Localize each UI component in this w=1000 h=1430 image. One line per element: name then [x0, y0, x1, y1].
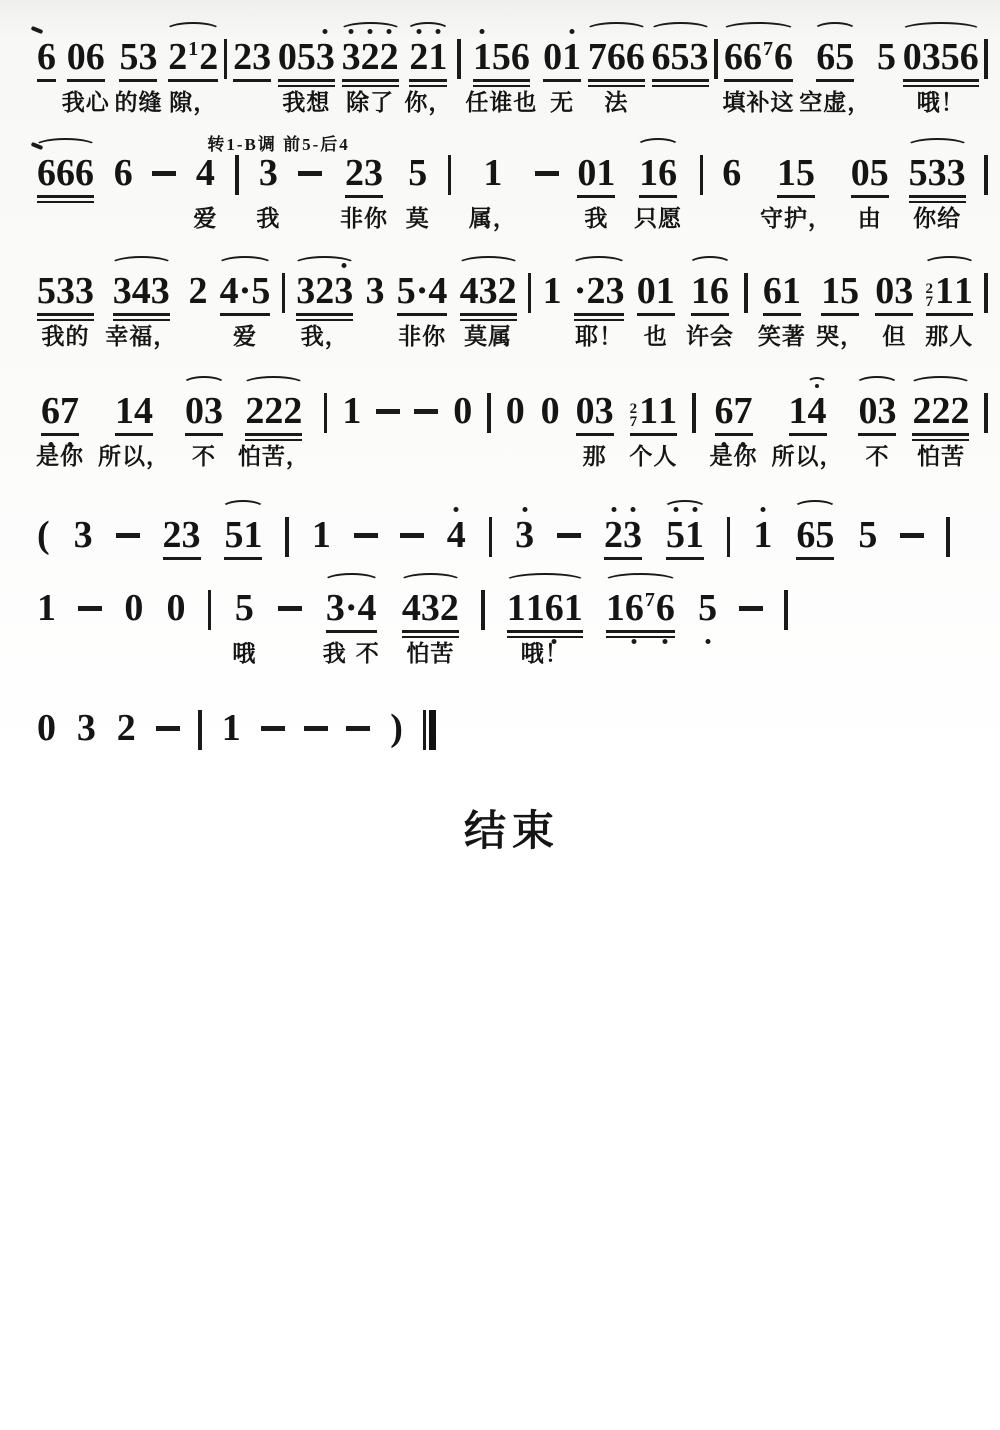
note-digit: 1	[564, 589, 583, 627]
note-numbers: 3	[73, 516, 94, 554]
note-digit: 3	[182, 516, 201, 554]
note-digit: 5	[492, 38, 511, 76]
note-group: 4·5爱	[219, 272, 272, 350]
note-digit: 0	[576, 392, 595, 430]
note-group: 6676填补这	[723, 38, 795, 116]
note-group: 01也	[636, 272, 676, 350]
note-digit: 3	[296, 272, 315, 310]
note-digit: 1	[507, 589, 526, 627]
duration-dash	[298, 171, 322, 176]
note-numbers: 03	[874, 272, 914, 310]
lyric-text: 你给	[913, 206, 961, 232]
note-group: 2711那人	[925, 272, 975, 350]
note-digit: 6	[86, 38, 105, 76]
note-digit: 4	[220, 272, 239, 310]
lyric-text: 非你	[398, 324, 446, 350]
note-digit: 2	[912, 392, 931, 430]
music-system-6: 1005哦3·4我 不432怕苦1161哦！16765	[36, 565, 788, 667]
note-digit: 6	[710, 272, 729, 310]
note-digit: 6	[56, 154, 75, 192]
lyric-text: 你，	[404, 90, 452, 116]
note-group: 3	[365, 272, 386, 350]
note-group: 343幸福，	[105, 272, 177, 350]
note-numbers: 1	[542, 272, 563, 310]
note-group: 432怕苦	[401, 589, 460, 667]
note-group: 0	[166, 589, 187, 667]
note-numbers: 222	[244, 392, 303, 430]
note-numbers: 1	[36, 589, 57, 627]
note-group: 653	[651, 38, 710, 116]
lyric-text: 爱	[193, 206, 217, 232]
barline	[984, 155, 988, 195]
note-group: 23非你	[340, 154, 388, 232]
barline	[984, 273, 988, 313]
note-numbers: 23	[603, 516, 643, 554]
note-numbers: 0	[123, 589, 144, 627]
note-numbers: 1	[311, 516, 332, 554]
note-group: 222怕苦，	[238, 392, 310, 470]
note-group: )	[389, 709, 404, 747]
lyric-text: 许会	[686, 324, 734, 350]
note-digit: 3	[77, 709, 96, 747]
duration-dash	[900, 533, 924, 538]
lyric-text: 个人	[629, 444, 677, 470]
note-digit: 3	[138, 38, 157, 76]
note-digit: 5	[877, 38, 896, 76]
barline	[489, 517, 493, 557]
lyric-text: 守护，	[760, 206, 832, 232]
note-numbers: 156	[472, 38, 531, 76]
duration-dash	[116, 533, 140, 538]
dash-note	[376, 392, 400, 454]
note-group: 4爱	[193, 154, 217, 232]
note-group: 1	[341, 392, 362, 470]
lyric-text: 笑著	[758, 324, 806, 350]
barline	[285, 517, 289, 557]
note-numbers: 61	[762, 272, 802, 310]
note-group: 21你，	[404, 38, 452, 116]
note-group: 16许会	[686, 272, 734, 350]
music-system-4: 67是你14所以，03不222怕苦，100003那2711个人67是你14所以，…	[36, 368, 988, 470]
note-digit: 5	[666, 516, 685, 554]
note-digit: (	[37, 516, 50, 554]
note-group: 03不	[857, 392, 897, 470]
note-digit: ·	[239, 272, 252, 310]
lyric-text: 我 不	[323, 641, 380, 667]
score-area: 606我心53的缝212隙，23053我想322除了21你，156任谁也01无7…	[36, 14, 988, 750]
note-digit: 2	[163, 516, 182, 554]
note-digit: 6	[114, 154, 133, 192]
lyric-text: 也	[644, 324, 668, 350]
note-numbers: 51	[223, 516, 263, 554]
lyric-text: 我	[256, 206, 280, 232]
note-digit: 6	[763, 272, 782, 310]
lyric-text: 但	[882, 324, 906, 350]
note-digit: 2	[283, 392, 302, 430]
barline	[481, 590, 485, 630]
note-group: 23	[162, 516, 202, 554]
note-numbers: 16	[690, 272, 730, 310]
note-digit: 3	[113, 272, 132, 310]
note-numbers: 533	[908, 154, 967, 192]
note-group: 03那	[575, 392, 615, 470]
lyric-text: 哦	[232, 641, 256, 667]
note-group: 666	[36, 154, 95, 232]
note-digit: 6	[626, 38, 645, 76]
note-digit: 5	[796, 154, 815, 192]
dash-note	[298, 154, 322, 216]
note-digit: 3	[316, 38, 335, 76]
note-digit: 3	[479, 272, 498, 310]
note-numbers: 0	[452, 392, 473, 430]
lyric-text: 的缝	[114, 90, 162, 116]
note-group: 03但	[874, 272, 914, 350]
note-numbers: 05	[850, 154, 890, 192]
note-digit: 4	[358, 589, 377, 627]
note-digit: 6	[511, 38, 530, 76]
duration-dash	[414, 409, 438, 414]
note-digit: 6	[652, 38, 671, 76]
note-group: 1	[542, 272, 563, 350]
note-group: 51	[223, 516, 263, 554]
note-numbers: 03	[184, 392, 224, 430]
note-group: 05由	[850, 154, 890, 232]
note-digit: 0	[185, 392, 204, 430]
note-digit: 6	[774, 38, 793, 76]
note-numbers: 06	[66, 38, 106, 76]
note-group: 053我想	[277, 38, 336, 116]
note-digit: 1	[526, 589, 545, 627]
note-digit: 3	[334, 272, 353, 310]
music-system-1: 606我心53的缝212隙，23053我想322除了21你，156任谁也01无7…	[36, 14, 988, 116]
note-digit: 2	[264, 392, 283, 430]
note-digit: 3	[366, 272, 385, 310]
note-group: 5	[876, 38, 897, 116]
note-digit: 3	[928, 154, 947, 192]
lyric-text: 莫属	[464, 324, 512, 350]
note-group: 6	[721, 154, 742, 232]
note-group: 65空虚，	[799, 38, 871, 116]
note-digit: 5	[815, 516, 834, 554]
note-digit: 1	[821, 272, 840, 310]
note-digit: 2	[409, 38, 428, 76]
lyric-text: 我想	[282, 90, 330, 116]
note-digit: 3	[75, 272, 94, 310]
note-digit: 3	[690, 38, 709, 76]
music-system-7: 0321)	[36, 685, 436, 750]
lyric-text: 哦！	[917, 90, 965, 116]
lyric-text: 隙，	[169, 90, 217, 116]
note-group: 0	[36, 709, 57, 747]
duration-dash	[557, 533, 581, 538]
note-digit: 0	[637, 272, 656, 310]
note-digit: 0	[506, 392, 525, 430]
lyric-text: 由	[858, 206, 882, 232]
barline	[448, 155, 452, 195]
note-digit: 5	[235, 589, 254, 627]
note-digit: 0	[124, 589, 143, 627]
note-group: 65	[795, 516, 835, 554]
end-label: 结束	[36, 798, 988, 858]
note-numbers: (	[36, 516, 51, 554]
note-numbers: 1	[482, 154, 503, 192]
dash-note	[535, 154, 559, 216]
note-group: 766法	[587, 38, 646, 116]
note-digit: 5	[119, 38, 138, 76]
note-digit: 3	[421, 589, 440, 627]
note-digit: 2	[168, 38, 187, 76]
note-group: 0356哦！	[902, 38, 980, 116]
final-barline-thin	[423, 710, 426, 750]
note-digit: 5	[297, 38, 316, 76]
note-digit: 5	[840, 272, 859, 310]
note-numbers: ·23	[573, 272, 626, 310]
dash-note	[346, 709, 370, 731]
note-digit: 4	[460, 272, 479, 310]
note-digit: 1	[37, 589, 56, 627]
lyric-text: 无	[550, 90, 574, 116]
duration-dash	[156, 726, 180, 731]
note-numbers: 0	[540, 392, 561, 430]
note-digit: 1	[483, 154, 502, 192]
lyric-text: 我	[584, 206, 608, 232]
note-digit: 6	[796, 516, 815, 554]
note-digit: 6	[37, 38, 56, 76]
lyric-text: 幸福，	[105, 324, 177, 350]
note-numbers: 1	[341, 392, 362, 430]
grace-note-stack: 27	[926, 283, 934, 309]
note-digit: 4	[428, 272, 447, 310]
final-barline-thick	[429, 710, 436, 750]
note-digit: 1	[777, 154, 796, 192]
note-digit: 3	[595, 392, 614, 430]
note-digit: 6	[658, 154, 677, 192]
note-digit: 2	[345, 154, 364, 192]
note-digit: 4	[402, 589, 421, 627]
note-numbers: 5	[697, 589, 718, 627]
note-numbers: 4	[446, 516, 467, 554]
note-numbers: 6	[36, 38, 57, 76]
note-numbers: 5·4	[396, 272, 449, 310]
note-numbers: 6	[721, 154, 742, 192]
duration-dash	[346, 726, 370, 731]
note-numbers: 222	[911, 392, 970, 430]
note-numbers: 23	[162, 516, 202, 554]
note-digit: 7	[60, 392, 79, 430]
lyric-text: 爱	[233, 324, 257, 350]
note-digit: 5	[858, 516, 877, 554]
note-group: 4	[446, 516, 467, 554]
note-numbers: 0	[166, 589, 187, 627]
note-digit: 5	[835, 38, 854, 76]
barline	[784, 590, 788, 630]
note-numbers: 15	[776, 154, 816, 192]
note-digit: 6	[41, 392, 60, 430]
note-digit: 0	[67, 38, 86, 76]
note-digit: 1	[342, 392, 361, 430]
note-numbers: 51	[665, 516, 705, 554]
slide-ornament	[31, 142, 44, 150]
note-numbers: 2	[116, 709, 137, 747]
note-group: 0	[505, 392, 526, 470]
note-group: (	[36, 516, 51, 554]
note-numbers: 212	[167, 38, 219, 76]
note-digit: 3	[74, 516, 93, 554]
note-group: 0	[452, 392, 473, 470]
note-digit: 3	[56, 272, 75, 310]
lyric-text: 莫	[406, 206, 430, 232]
note-group: 6	[113, 154, 134, 232]
lyric-text: 是你	[36, 444, 84, 470]
lyric-text: 法	[604, 90, 628, 116]
note-digit: 0	[577, 154, 596, 192]
note-digit: 2	[440, 589, 459, 627]
duration-dash	[304, 726, 328, 731]
note-digit: 1	[222, 709, 241, 747]
lyric-text: 所以，	[772, 444, 844, 470]
barline	[528, 273, 532, 313]
note-numbers: 323	[295, 272, 354, 310]
note-group: 1	[311, 516, 332, 554]
note-digit: 4	[808, 392, 827, 430]
note-digit: 2	[931, 392, 950, 430]
note-digit: 2	[245, 392, 264, 430]
note-digit: 5	[941, 38, 960, 76]
note-digit: 5	[397, 272, 416, 310]
note-digit: ·	[345, 589, 358, 627]
note-digit: 2	[315, 272, 334, 310]
note-group: 323我，	[295, 272, 354, 350]
note-group: 1676	[605, 589, 676, 667]
lyric-text: 那	[583, 444, 607, 470]
barline	[984, 393, 988, 433]
note-digit: 7	[588, 38, 607, 76]
note-digit: 6	[715, 392, 734, 430]
final-barline	[423, 710, 436, 750]
note-numbers: 14	[114, 392, 154, 430]
note-digit: 1	[243, 516, 262, 554]
note-digit: 1	[789, 392, 808, 430]
note-digit: 6	[743, 38, 762, 76]
note-group: 2	[187, 272, 208, 350]
note-group: 533你给	[908, 154, 967, 232]
note-digit: 2	[199, 38, 218, 76]
note-group: 53的缝	[114, 38, 162, 116]
dash-note	[557, 516, 581, 538]
note-numbers: 666	[36, 154, 95, 192]
barline	[208, 590, 212, 630]
note-digit: 3	[204, 392, 223, 430]
note-numbers: 533	[36, 272, 95, 310]
note-numbers: 67	[40, 392, 80, 430]
duration-dash	[78, 606, 102, 611]
note-group: 23	[603, 516, 643, 554]
note-group: 1	[752, 516, 773, 554]
note-numbers: 432	[459, 272, 518, 310]
note-digit: 1	[691, 272, 710, 310]
note-digit: ·	[416, 272, 429, 310]
note-group: 61笑著	[758, 272, 806, 350]
note-digit: 6	[656, 589, 675, 627]
note-digit: 5	[37, 272, 56, 310]
note-numbers: 53	[118, 38, 158, 76]
note-digit: 6	[724, 38, 743, 76]
note-digit: 5	[251, 272, 270, 310]
note-group: 5·4非你	[396, 272, 449, 350]
note-digit: 3	[151, 272, 170, 310]
note-digit: 0	[543, 38, 562, 76]
music-system-5: (3235114323511655	[36, 492, 950, 557]
note-numbers: 6676	[723, 38, 794, 76]
barline	[282, 273, 286, 313]
note-digit: 1	[596, 154, 615, 192]
note-digit: 0	[453, 392, 472, 430]
lyric-text: 我，	[301, 324, 349, 350]
note-group: 15哭，	[816, 272, 864, 350]
barline	[984, 39, 988, 79]
note-digit: 1	[658, 392, 677, 430]
duration-dash	[376, 409, 400, 414]
note-digit: 4	[132, 272, 151, 310]
note-digit: 4	[134, 392, 153, 430]
note-numbers: 1	[221, 709, 242, 747]
note-digit: 3	[515, 516, 534, 554]
note-group: 51	[665, 516, 705, 554]
lyric-text: 任谁也	[465, 90, 537, 116]
barline	[324, 393, 328, 433]
note-digit: 5	[671, 38, 690, 76]
barline	[714, 39, 718, 79]
barline	[946, 517, 950, 557]
note-group: 322除了	[341, 38, 400, 116]
note-group: 1161哦！	[506, 589, 584, 667]
note-digit: 0	[851, 154, 870, 192]
note-numbers: 0	[505, 392, 526, 430]
duration-dash	[739, 606, 763, 611]
barline	[487, 393, 491, 433]
lyric-text: 怕苦	[917, 444, 965, 470]
duration-dash	[535, 171, 559, 176]
note-group: 3·4我 不	[323, 589, 380, 667]
note-group: 3	[73, 516, 94, 554]
note-digit: 6	[607, 38, 626, 76]
note-group: ·23耶！	[573, 272, 626, 350]
note-numbers: 053	[277, 38, 336, 76]
note-digit: 0	[875, 272, 894, 310]
note-group: 01无	[542, 38, 582, 116]
lyric-text: 哦！	[521, 641, 569, 667]
note-numbers: 3·4	[325, 589, 378, 627]
note-digit: 0	[37, 709, 56, 747]
note-digit: 0	[278, 38, 297, 76]
note-digit: 1	[935, 272, 954, 310]
grace-note-stack: 27	[630, 403, 638, 429]
note-group: 1	[221, 709, 242, 747]
note-digit: 3	[326, 589, 345, 627]
note-group: 3	[76, 709, 97, 747]
lyric-text: 耶！	[575, 324, 623, 350]
note-digit: 0	[858, 392, 877, 430]
sheet-music-page: 606我心53的缝212隙，23053我想322除了21你，156任谁也01无7…	[0, 0, 1000, 1430]
note-digit: 5	[870, 154, 889, 192]
note-numbers: 03	[575, 392, 615, 430]
note-digit: )	[390, 709, 403, 747]
note-numbers: 0356	[902, 38, 980, 76]
note-group: 1属，	[469, 154, 517, 232]
dash-note	[304, 709, 328, 731]
note-digit: 1	[543, 272, 562, 310]
note-numbers: 65	[795, 516, 835, 554]
